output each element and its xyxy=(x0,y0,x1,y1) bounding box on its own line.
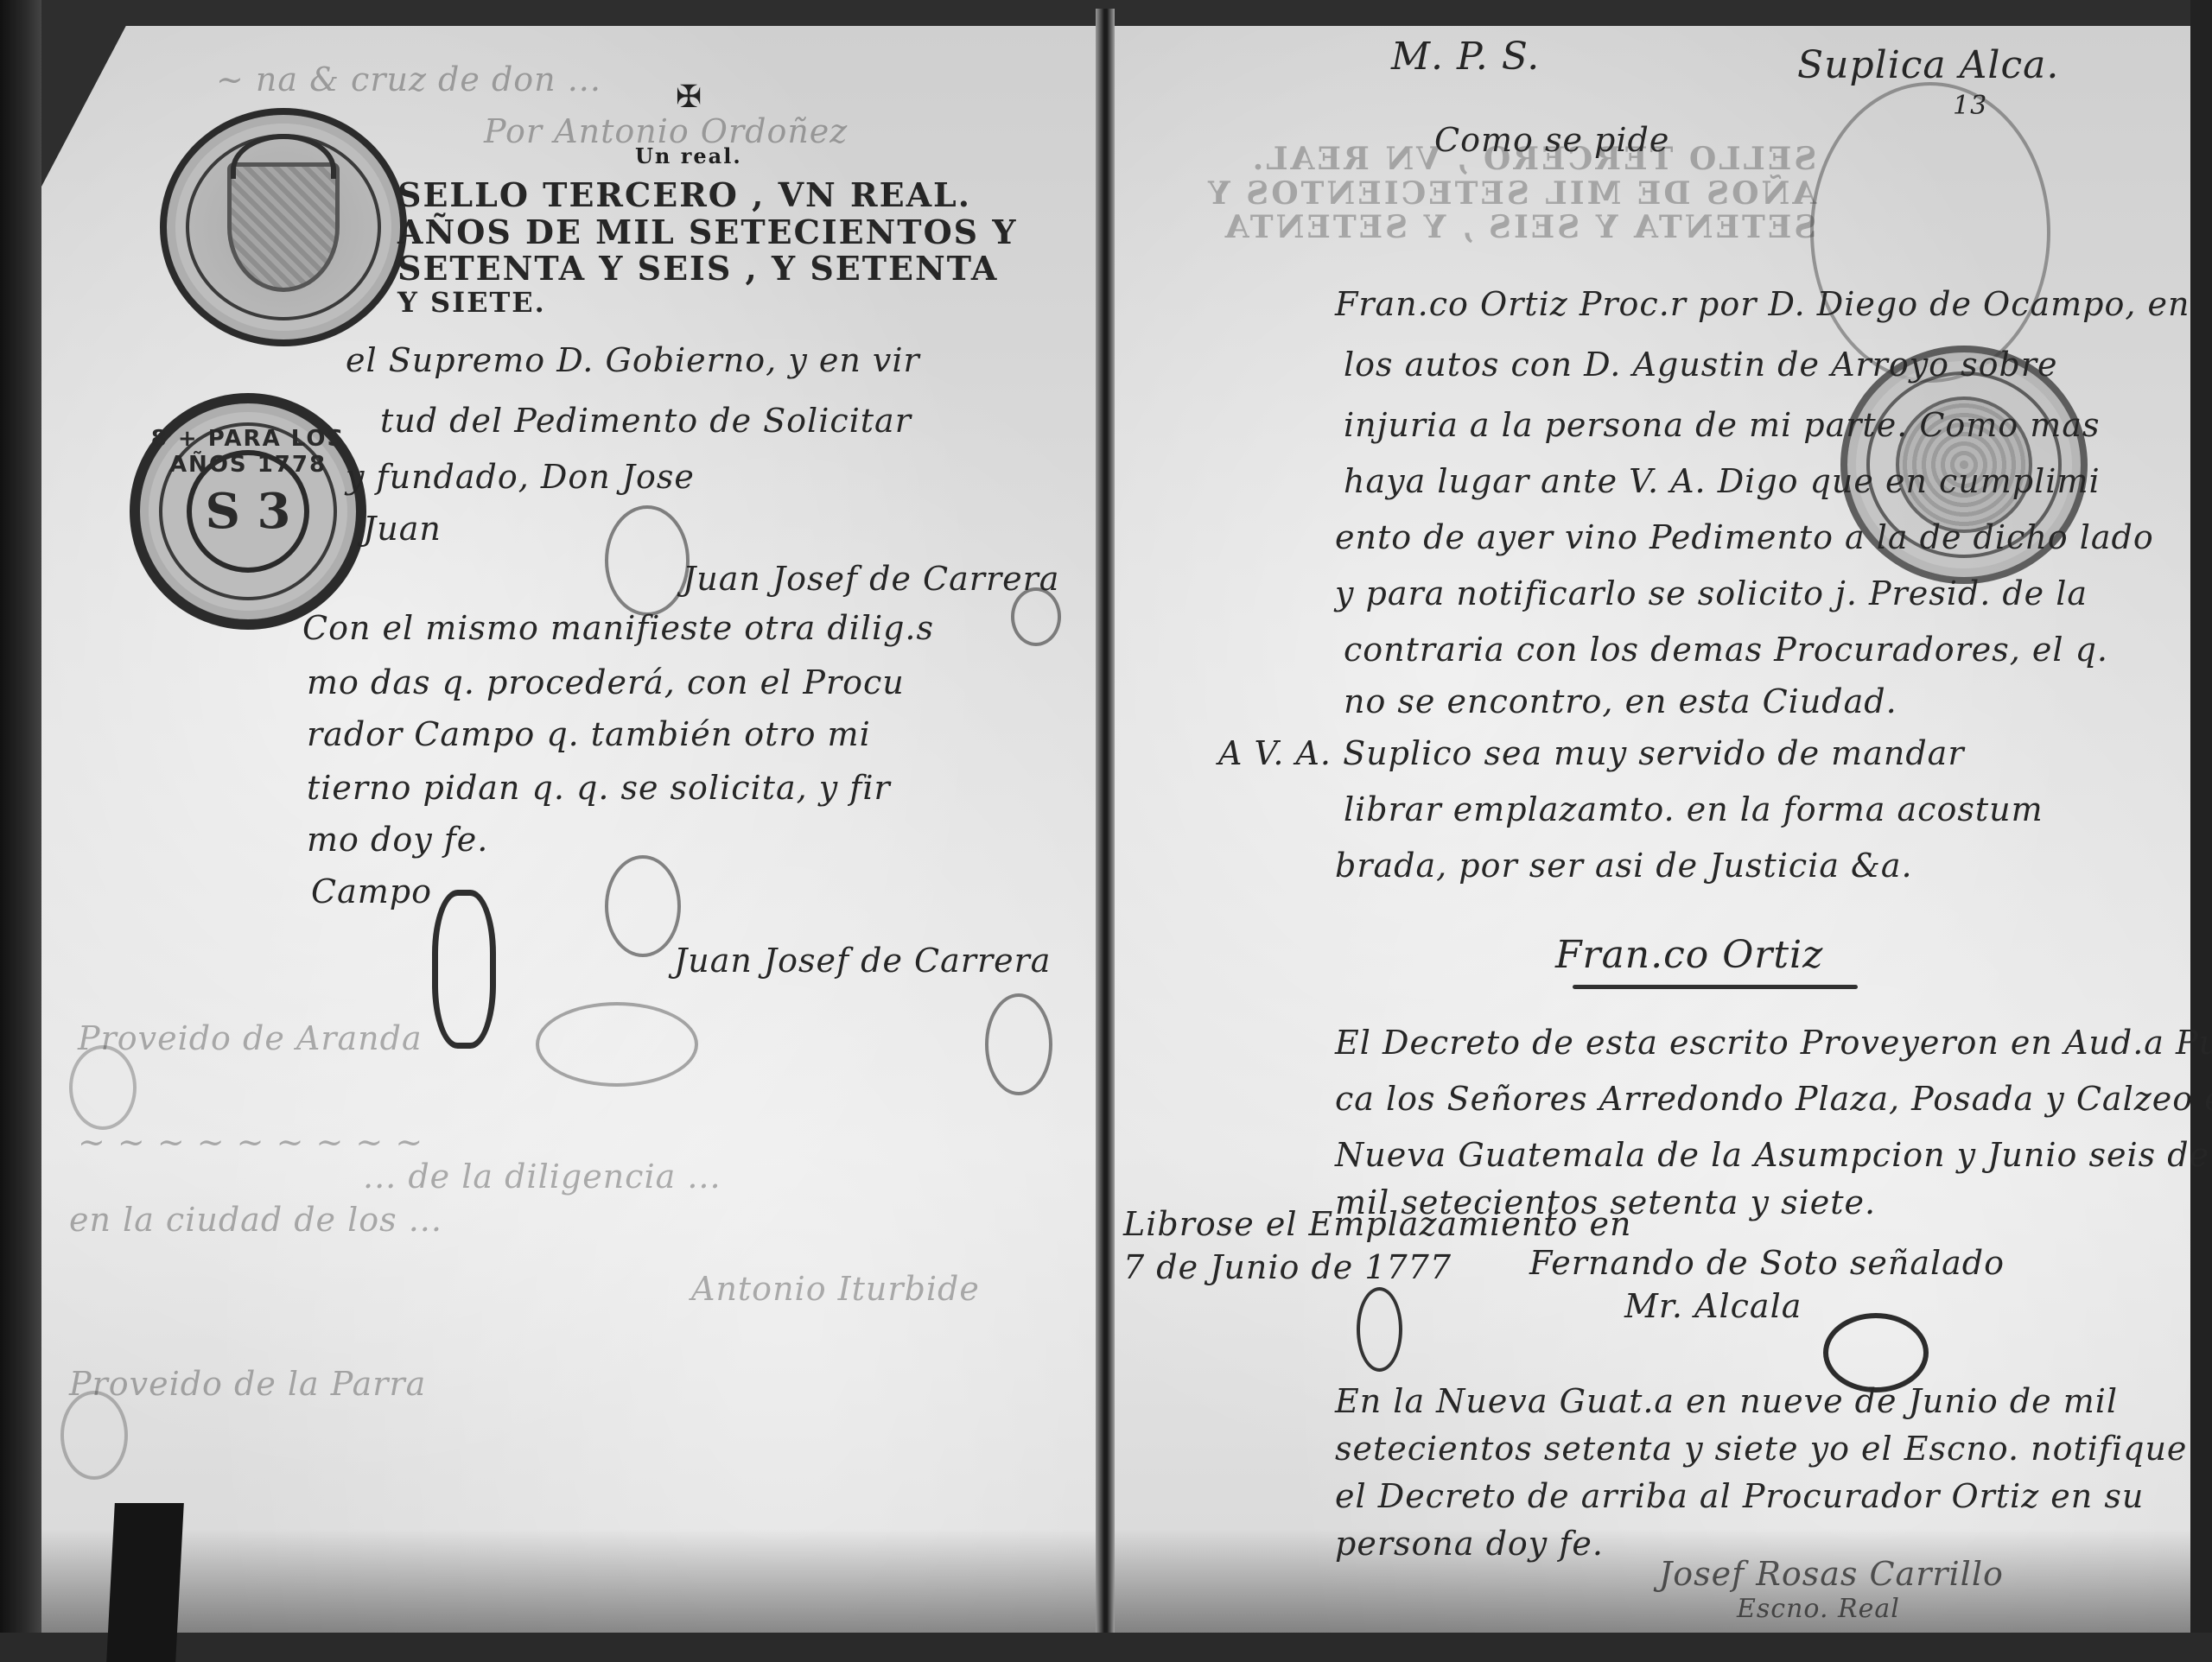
petition-line: A V. A. Suplico sea muy servido de manda… xyxy=(1218,734,1965,772)
petition-line: ento de ayer vino Pedimento a la de dich… xyxy=(1335,518,2154,556)
petition-line: los autos con D. Agustin de Arroyo sobre xyxy=(1344,346,2058,384)
rubric-flourish xyxy=(60,1391,128,1480)
bleed-through-text: en la ciudad de los ... xyxy=(69,1201,442,1239)
rubric-flourish xyxy=(605,855,681,957)
decree-signature-line: Mr. Alcala xyxy=(1624,1287,1802,1325)
royal-crown-seal xyxy=(160,108,407,346)
stamped-paper-header: SELLO TERCERO , VN REAL. AÑOS DE MIL SET… xyxy=(397,177,1020,318)
handwritten-line: y fundado, Don Jose xyxy=(346,458,695,496)
notary-signature: Josef Rosas Carrillo xyxy=(1659,1555,2004,1593)
rubric-flourish xyxy=(605,505,690,616)
top-note-suplica: Suplica Alca. xyxy=(1797,43,2059,87)
right-book-edge xyxy=(2190,0,2212,1662)
petition-line: brada, por ser asi de Justicia &a. xyxy=(1335,847,1913,885)
petition-line: librar emplazamto. en la forma acostum xyxy=(1344,790,2044,828)
petition-line: y para notificarlo se solicito j. Presid… xyxy=(1335,574,2088,612)
bleed-through-text: ... de la diligencia ... xyxy=(363,1158,721,1196)
decree-line: Nueva Guatemala de la Asumpcion y Junio … xyxy=(1335,1136,2209,1174)
petition-line: Fran.co Ortiz Proc.r por D. Diego de Oca… xyxy=(1335,285,2190,323)
petitioner-signature: Fran.co Ortiz xyxy=(1555,933,1823,977)
petition-line: injuria a la persona de mi parte. Como m… xyxy=(1344,406,2100,444)
revalidation-seal: 8 + PARA LOS AÑOS 1778 S 3 xyxy=(130,393,366,630)
rubric-flourish xyxy=(985,993,1052,1095)
handwritten-line: Con el mismo manifieste otra dilig.s xyxy=(302,609,934,647)
bottom-book-edge xyxy=(0,1633,2212,1662)
top-abbreviation: M. P. S. xyxy=(1391,35,1540,79)
petition-line: haya lugar ante V. A. Digo que en cumpli… xyxy=(1344,462,2101,500)
petition-line: no se encontro, en esta Ciudad. xyxy=(1344,682,1897,720)
handwritten-line: Juan xyxy=(363,510,442,548)
bleed-through-text: ~ na & cruz de don ... xyxy=(216,60,601,98)
notary-title: Escno. Real xyxy=(1737,1594,1900,1624)
margin-note-line: Librose el Emplazamiento en xyxy=(1123,1205,1631,1243)
rubric-flourish xyxy=(536,1002,698,1087)
stamp-header-line: SELLO TERCERO , VN REAL. xyxy=(397,177,1020,214)
notification-line: setecientos setenta y siete yo el Escno.… xyxy=(1335,1430,2187,1468)
bleed-through-text: Proveido de Aranda xyxy=(78,1019,423,1057)
mirror-stamp-line: AÑOS DE MIL SETECIENTOS Y xyxy=(1205,177,1816,212)
notification-line: En la Nueva Guat.a en nueve de Junio de … xyxy=(1335,1382,2118,1420)
bookmark-tab xyxy=(106,1503,184,1662)
signature-line: Juan Josef de Carrera xyxy=(683,560,1059,598)
book-gutter xyxy=(1096,9,1115,1650)
stamp-denomination: Un real. xyxy=(635,145,742,168)
folio-number: 13 xyxy=(1953,91,1987,121)
decree-signature-line: Fernando de Soto señalado xyxy=(1529,1244,2005,1282)
handwritten-line: el Supremo D. Gobierno, y en vir xyxy=(346,341,920,379)
handwritten-line: rador Campo q. también otro mi xyxy=(307,715,871,753)
bleed-through-text: Antonio Iturbide xyxy=(691,1270,980,1308)
margin-note-line: 7 de Junio de 1777 xyxy=(1123,1248,1452,1286)
rubric-flourish xyxy=(1357,1287,1402,1372)
handwritten-line: tierno pidan q. q. se solicita, y fir xyxy=(307,769,891,807)
rubric-flourish xyxy=(1011,587,1061,646)
handwritten-line: mo das q. procederá, con el Procu xyxy=(307,663,905,701)
seal-ring-text: 8 + PARA LOS AÑOS 1778 xyxy=(140,426,356,478)
mirror-stamp-line: SELLO TERCERO , VN REAL. xyxy=(1205,143,1816,177)
notification-line: persona doy fe. xyxy=(1335,1525,1604,1563)
bleed-through-text: ~ ~ ~ ~ ~ ~ ~ ~ ~ xyxy=(78,1123,423,1161)
cross-icon: ✠ xyxy=(676,79,702,115)
bleed-through-seal xyxy=(1810,82,2050,383)
notification-line: el Decreto de arriba al Procurador Ortiz… xyxy=(1335,1477,2144,1515)
stamp-header-line: AÑOS DE MIL SETECIENTOS Y xyxy=(397,214,1020,251)
seal-center-text: S 3 xyxy=(206,483,291,540)
rubric-flourish xyxy=(1823,1313,1929,1392)
stamp-header-line: SETENTA Y SEIS , Y SETENTA xyxy=(397,251,1020,288)
mirror-stamp-line: SETENTA Y SEIS , Y SETENTA xyxy=(1205,211,1816,245)
petition-line: contraria con los demas Procuradores, el… xyxy=(1344,631,2108,669)
handwritten-line: mo doy fe. xyxy=(307,821,488,859)
signature-underline xyxy=(1573,985,1858,989)
coat-of-arms-icon xyxy=(227,162,340,292)
rubric-flourish xyxy=(69,1045,137,1130)
handwritten-line: tud del Pedimento de Solicitar xyxy=(380,402,912,440)
bleed-through-stamp: SELLO TERCERO , VN REAL. AÑOS DE MIL SET… xyxy=(1205,143,1816,245)
stamp-header-line: Y SIETE. xyxy=(397,288,1020,319)
scanned-spread: ~ na & cruz de don ... Por Antonio Ordoñ… xyxy=(0,0,2212,1662)
bleed-through-text: Proveido de la Parra xyxy=(69,1365,426,1403)
handwritten-line: Campo xyxy=(311,872,432,910)
crown-icon xyxy=(231,134,336,179)
book-edge-strip xyxy=(0,0,41,1662)
decree-line: El Decreto de esta escrito Proveyeron en… xyxy=(1335,1024,2212,1062)
rubric-flourish xyxy=(432,890,496,1049)
signature-line: Juan Josef de Carrera xyxy=(674,942,1051,980)
decree-line: ca los Señores Arredondo Plaza, Posada y… xyxy=(1335,1080,2212,1118)
